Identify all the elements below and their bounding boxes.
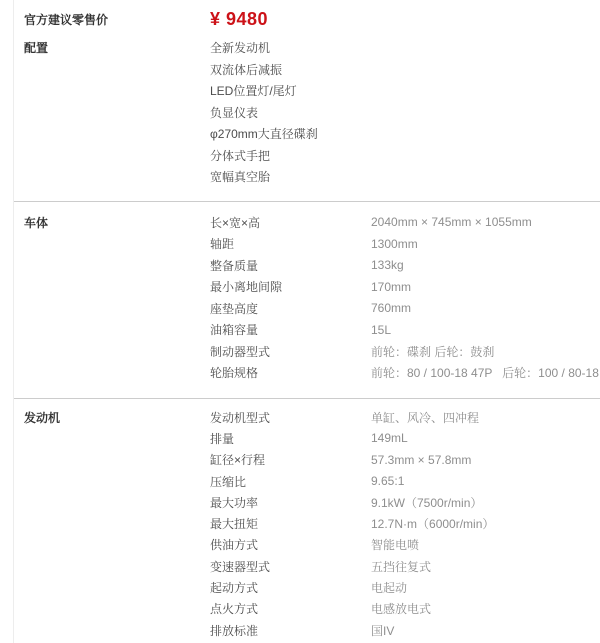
spec-row: 双流体后减振 [14,59,600,81]
spec-row: 最小离地间隙 170mm [14,276,600,298]
spec-row: 最大扭矩 12.7N·m（6000r/min） [14,513,600,534]
spec-label: 分体式手把 [210,147,371,164]
spec-value: 前轮：碟刹 后轮：鼓刹 [371,343,600,360]
spec-row: 起动方式 电起动 [14,577,600,598]
spec-row: 压缩比 9.65:1 [14,470,600,491]
spec-label: 制动器型式 [210,343,371,360]
spec-row: 发动机 发动机型式 单缸、风冷、四冲程 [14,407,600,428]
spec-value: 9.1kW（7500r/min） [371,494,600,511]
spec-row: LED位置灯/尾灯 [14,80,600,102]
spec-row: 宽幅真空胎 [14,166,600,188]
spec-value: 智能电喷 [371,536,600,553]
spec-label: 轮胎规格 [210,364,371,381]
section-title: 车体 [14,214,210,231]
spec-value: 170mm [371,280,600,294]
spec-label: LED位置灯/尾灯 [210,82,371,99]
spec-label: 压缩比 [210,473,371,490]
spec-label: 最大功率 [210,494,371,511]
spec-label: 油箱容量 [210,321,371,338]
spec-value: 149mL [371,431,600,445]
spec-label: 轴距 [210,235,371,252]
spec-row: 排放标准 国IV [14,619,600,640]
spec-label: 排量 [210,430,371,447]
spec-value: 电起动 [371,579,600,596]
spec-row: 排量 149mL [14,428,600,449]
price-label: 官方建议零售价 [14,11,210,28]
spec-value: 15L [371,323,600,337]
spec-row: 轴距 1300mm [14,233,600,255]
spec-row: 缸径×行程 57.3mm × 57.8mm [14,449,600,470]
spec-row: 车体 长×宽×高 2040mm × 745mm × 1055mm [14,212,600,234]
spec-row: 轮胎规格 前轮：80 / 100-18 47P 后轮：100 / 80-18 5… [14,362,600,384]
spec-label: 双流体后减振 [210,61,371,78]
spec-value: 电感放电式 [371,600,600,617]
spec-label: 缸径×行程 [210,451,371,468]
spec-label: 负显仪表 [210,104,371,121]
spec-row: 最大功率 9.1kW（7500r/min） [14,492,600,513]
price-value: ¥ 9480 [210,9,371,30]
spec-value: 57.3mm × 57.8mm [371,453,600,467]
spec-value: 单缸、风冷、四冲程 [371,409,600,426]
section-title: 发动机 [14,409,210,426]
spec-label: 最大扭矩 [210,515,371,532]
spec-label: 点火方式 [210,600,371,617]
spec-row: φ270mm大直径碟刹 [14,123,600,145]
spec-row: 点火方式 电感放电式 [14,598,600,619]
spec-value: 133kg [371,258,600,272]
spec-row: 供油方式 智能电喷 [14,534,600,555]
spec-label: 全新发动机 [210,39,371,56]
spec-label: 长×宽×高 [210,214,371,231]
spec-value: 五挡往复式 [371,558,600,575]
spec-label: φ270mm大直径碟刹 [210,125,371,142]
spec-label: 供油方式 [210,536,371,553]
price-row: 官方建议零售价 ¥ 9480 [14,0,600,35]
spec-row: 配置 全新发动机 [14,37,600,59]
spec-label: 宽幅真空胎 [210,168,371,185]
spec-row: 整备质量 133kg [14,255,600,277]
spec-label: 起动方式 [210,579,371,596]
spec-row: 变速器型式 五挡往复式 [14,556,600,577]
spec-label: 座垫高度 [210,300,371,317]
spec-value: 12.7N·m（6000r/min） [371,515,600,532]
section-title: 配置 [14,39,210,56]
spec-value: 760mm [371,301,600,315]
spec-value: 2040mm × 745mm × 1055mm [371,215,600,229]
spec-value: 9.65:1 [371,474,600,488]
spec-row: 分体式手把 [14,145,600,167]
spec-label: 最小离地间隙 [210,278,371,295]
spec-row: 座垫高度 760mm [14,298,600,320]
spec-row: 制动器型式 前轮：碟刹 后轮：鼓刹 [14,341,600,363]
spec-row: 油箱容量 15L [14,319,600,341]
spec-label: 变速器型式 [210,558,371,575]
spec-value: 前轮：80 / 100-18 47P 后轮：100 / 80-18 59P [371,364,600,381]
section-engine: 发动机 发动机型式 单缸、风冷、四冲程 排量 149mL 缸径×行程 57.3m… [14,398,600,643]
spec-row: 负显仪表 [14,102,600,124]
spec-label: 发动机型式 [210,409,371,426]
spec-value: 1300mm [371,237,600,251]
section-config: 配置 全新发动机 双流体后减振 LED位置灯/尾灯 负显仪表 φ270mm大直径… [14,35,600,201]
spec-sheet: 官方建议零售价 ¥ 9480 配置 全新发动机 双流体后减振 LED位置灯/尾灯… [13,0,600,643]
spec-label: 整备质量 [210,257,371,274]
spec-label: 排放标准 [210,622,371,639]
spec-value: 国IV [371,622,600,639]
section-body: 车体 长×宽×高 2040mm × 745mm × 1055mm 轴距 1300… [14,201,600,398]
